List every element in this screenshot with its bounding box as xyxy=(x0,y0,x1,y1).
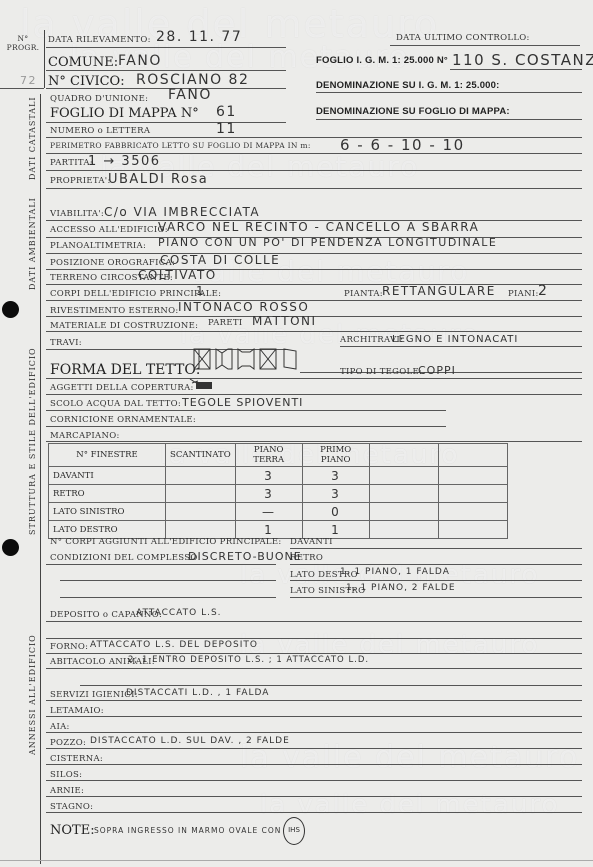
foglio-mappa-label: FOGLIO DI MAPPA N° xyxy=(50,106,199,121)
accesso-value: VARCO NEL RECINTO - CANCELLO A SBARRA xyxy=(158,220,479,234)
roof-shape-drawings xyxy=(192,345,302,375)
watermark: la valle del metauro xyxy=(240,740,579,775)
tipo-tegole-label: TIPO DI TEGOLE: xyxy=(340,367,422,377)
table-header xyxy=(369,444,438,467)
piani-label: PIANI: xyxy=(508,289,539,299)
civico-value: ROSCIANO 82 xyxy=(136,72,249,88)
perimetro-value: 6 - 6 - 10 - 10 xyxy=(340,136,465,154)
table-header xyxy=(438,444,507,467)
quadro-label: QUADRO D'UNIONE: xyxy=(50,94,148,104)
denominazione-igm-label: DENOMINAZIONE SU I. G. M. 1: 25.000: xyxy=(316,80,500,91)
travi-label: TRAVI: xyxy=(50,338,82,348)
section-label-struttura: STRUTTURA E STILE DELL'EDIFICIO xyxy=(28,347,37,535)
data-rilevamento-label: DATA RILEVAMENTO: xyxy=(48,35,151,45)
lato-sinistro-value: 1, 1 PIANO, 2 FALDE xyxy=(346,583,456,593)
cornicione-label: CORNICIONE ORNAMENTALE: xyxy=(50,415,196,425)
civico-label: N° CIVICO: xyxy=(48,74,125,89)
rivestimento-label: RIVESTIMENTO ESTERNO: xyxy=(50,306,179,316)
posizione-label: POSIZIONE OROGRAFICA: xyxy=(50,258,175,268)
viabilita-label: VIABILITA': xyxy=(50,209,104,219)
corpi-aggiunti-label: N° CORPI AGGIUNTI ALL'EDIFICIO PRINCIPAL… xyxy=(50,537,282,547)
table-header-row: N° FINESTRE SCANTINATO PIANO TERRA PRIMO… xyxy=(49,444,508,467)
pianta-value: RETTANGULARE xyxy=(382,284,496,298)
comune-label: COMUNE: xyxy=(48,55,118,70)
section-label-dati-ambientali: DATI AMBIENTALI xyxy=(28,197,37,290)
forno-value: ATTACCATO L.S. DEL DEPOSITO xyxy=(90,640,258,650)
foglio-igm-label: FOGLIO I. G. M. 1: 25.000 N° xyxy=(316,55,448,66)
cisterna-label: CISTERNA: xyxy=(50,754,103,764)
perimetro-label: PERIMETRO FABBRICATO LETTO SU FOGLIO DI … xyxy=(50,141,311,150)
rivestimento-value: INTONACO ROSSO xyxy=(178,300,309,314)
table-header: SCANTINATO xyxy=(166,444,236,467)
data-ultimo-controllo-label: DATA ULTIMO CONTROLLO: xyxy=(396,33,530,43)
planoaltimetria-label: PLANOALTIMETRIA: xyxy=(50,241,146,251)
margin-rule xyxy=(40,94,41,864)
arnie-label: ARNIE: xyxy=(50,786,84,796)
stagno-label: STAGNO: xyxy=(50,802,93,812)
proprieta-label: PROPRIETA': xyxy=(50,176,111,186)
binder-hole xyxy=(2,301,19,318)
finestre-table: N° FINESTRE SCANTINATO PIANO TERRA PRIMO… xyxy=(48,443,508,539)
pozzo-value: DISTACCATO L.D. SUL DAV. , 2 FALDE xyxy=(90,736,290,746)
section-label-annessi: ANNESSI ALL'EDIFICIO xyxy=(28,634,37,755)
table-header: PIANO TERRA xyxy=(235,444,302,467)
partita-label: PARTITA: xyxy=(50,158,93,168)
servizi-label: SERVIZI IGIENICI: xyxy=(50,690,138,700)
abitacolo-value: 2; 1 ENTRO DEPOSITO L.S. ; 1 ATTACCATO L… xyxy=(128,655,369,665)
ihs-emblem-icon: IHS xyxy=(283,817,305,845)
scolo-label: SCOLO ACQUA DAL TETTO: xyxy=(50,399,181,409)
quadro-value: FANO xyxy=(168,87,212,103)
pareti-value: MATTONI xyxy=(252,314,317,328)
note-value: SOPRA INGRESSO IN MARMO OVALE CON xyxy=(94,826,281,835)
table-row: DAVANTI 3 3 xyxy=(49,467,508,485)
survey-form: la valle del metauro la valle del metaur… xyxy=(0,0,593,867)
posizione-value: COSTA DI COLLE xyxy=(160,253,280,267)
aia-label: AIA: xyxy=(50,722,70,732)
viabilita-value: C/o VIA IMBRECCIATA xyxy=(104,205,260,219)
letamaio-label: LETAMAIO: xyxy=(50,706,104,716)
numero-value: 11 xyxy=(216,121,237,137)
accesso-label: ACCESSO ALL'EDIFICIO: xyxy=(50,225,168,235)
progr-label: N° PROGR. xyxy=(6,34,40,52)
tipo-tegole-value: COPPI xyxy=(418,364,456,377)
proprieta-value: UBALDI Rosa xyxy=(108,172,208,187)
aggetti-label: AGGETTI DELLA COPERTURA: xyxy=(50,383,194,393)
architravi-value: LEGNO E INTONACATI xyxy=(392,334,518,345)
table-header: PRIMO PIANO xyxy=(302,444,369,467)
pianta-label: PIANTA: xyxy=(344,289,383,299)
forma-tetto-label: FORMA DEL TETTO: xyxy=(50,362,201,378)
retro-label: RETRO xyxy=(290,553,323,563)
pozzo-label: POZZO: xyxy=(50,738,86,748)
deposito-value: ATTACCATO L.S. xyxy=(136,608,222,618)
table-row: RETRO 3 3 xyxy=(49,485,508,503)
condizioni-label: CONDIZIONI DEL COMPLESSO: xyxy=(50,553,201,563)
terreno-value: COLTIVATO xyxy=(138,268,217,282)
table-row: LATO DESTRO 1 1 xyxy=(49,521,508,539)
partita-value: 1 → 3506 xyxy=(88,154,161,169)
aggetti-sketch-icon xyxy=(188,377,216,391)
foglio-mappa-value: 61 xyxy=(216,104,237,120)
table-row: LATO SINISTRO — 0 xyxy=(49,503,508,521)
lato-destro-value: 1, 1 PIANO, 1 FALDA xyxy=(340,567,450,577)
piani-value: 2 xyxy=(538,283,548,299)
watermark: la valle del metauro xyxy=(260,790,559,820)
condizioni-value: DISCRETO-BUONE xyxy=(188,550,302,563)
denominazione-mappa-label: DENOMINAZIONE SU FOGLIO DI MAPPA: xyxy=(316,106,510,117)
comune-value: FANO xyxy=(118,53,162,69)
note-label: NOTE: xyxy=(50,823,95,838)
section-label-dati-catastali: DATI CATASTALI xyxy=(28,96,37,180)
scolo-value: TEGOLE SPIOVENTI xyxy=(182,396,303,409)
corpi-value: 1 xyxy=(196,284,205,298)
binder-hole xyxy=(2,539,19,556)
davanti-label: DAVANTI xyxy=(290,537,333,547)
servizi-value: DISTACCATI L.D. , 1 FALDA xyxy=(126,688,269,698)
marcapiano-label: MARCAPIANO: xyxy=(50,431,120,441)
planoaltimetria-value: PIANO CON UN PO' DI PENDENZA LONGITUDINA… xyxy=(158,236,497,249)
data-rilevamento-value: 28. 11. 77 xyxy=(156,29,242,45)
materiale-label: MATERIALE DI COSTRUZIONE: xyxy=(50,321,198,331)
forno-label: FORNO: xyxy=(50,642,88,652)
foglio-igm-value: 110 S. COSTANZO xyxy=(452,51,593,69)
progr-value: 72 xyxy=(20,74,37,87)
table-header: N° FINESTRE xyxy=(49,444,166,467)
numero-label: NUMERO o LETTERA xyxy=(50,126,150,136)
pareti-label: PARETI xyxy=(208,318,243,328)
silos-label: SILOS: xyxy=(50,770,82,780)
